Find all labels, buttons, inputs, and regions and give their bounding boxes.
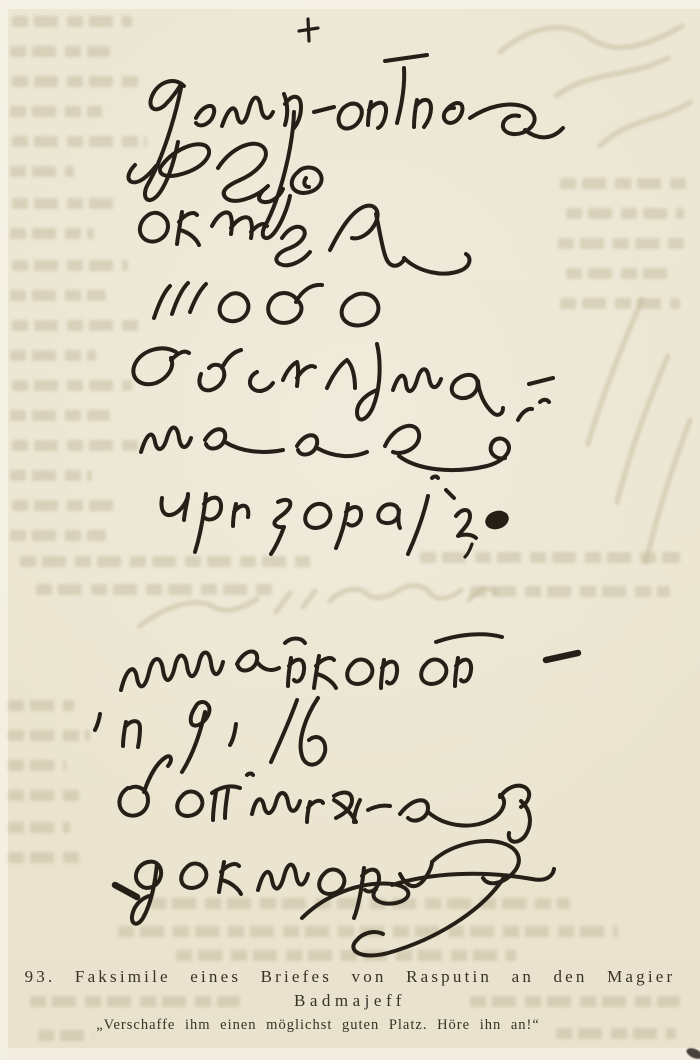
orthodox-cross-mark	[299, 19, 318, 41]
caption-title-line2: Badmajeff	[0, 991, 700, 1011]
ink-blot-period	[483, 508, 511, 533]
handwriting-line-9-address-number	[95, 698, 325, 772]
handwriting-line-6	[141, 426, 509, 470]
handwriting-line-7-signature	[162, 477, 512, 558]
handwriting-line-10-addressee	[119, 756, 530, 842]
caption-title: 93. Faksimile eines Briefes von Rasputin…	[0, 967, 700, 987]
handwriting-line-3	[140, 206, 470, 274]
handwriting-line-8-address-street	[121, 634, 578, 690]
handwriting-line-11-addressee-title	[115, 841, 554, 955]
caption-quote: „Verschaffe ihm einen möglichst guten Pl…	[0, 1017, 700, 1034]
scanned-book-page: 93. Faksimile eines Briefes von Rasputin…	[0, 0, 700, 1060]
handwriting-line-5	[133, 344, 553, 420]
facsimile-letter-ink	[0, 0, 700, 1060]
handwriting-line-4	[154, 283, 378, 325]
